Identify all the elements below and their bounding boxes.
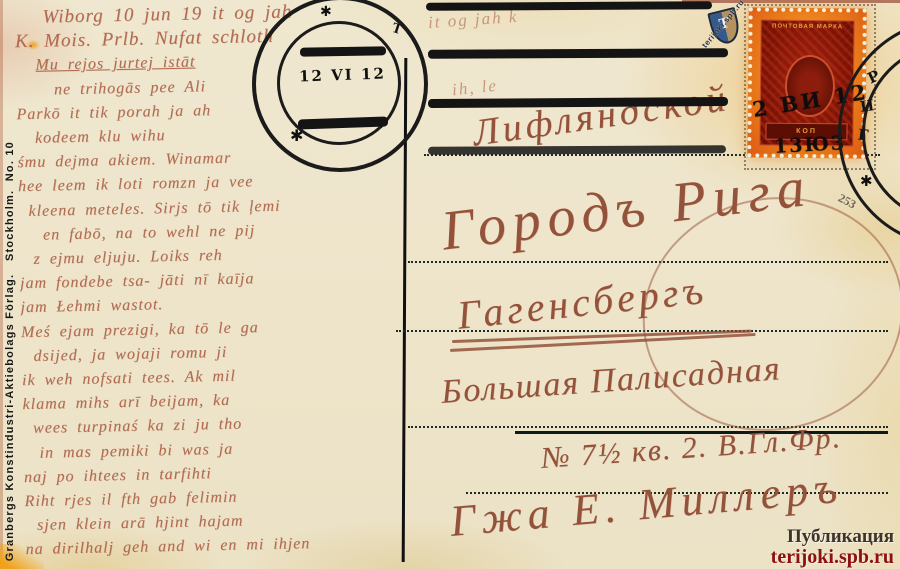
publisher-imprint: Granbergs Konstindustri-Aktiebolags Förl… (4, 141, 16, 561)
postmark-star: ✱ (290, 126, 303, 146)
paper-top-edge-stain (682, 0, 900, 3)
site-logo-text: terijoki.spb.ru (698, 0, 747, 52)
arrival-postmark-star: ✱ (860, 172, 873, 191)
arrival-postmark-letter: Г (857, 125, 869, 144)
watermark-label: Публикация (771, 527, 894, 546)
stamp-cancel-text: 13Ю3 (773, 132, 846, 158)
message-overflow: ih, le (451, 76, 499, 101)
stamp-arc-text: ПОЧТОВАЯ МАРКА (762, 24, 854, 31)
watermark-url: terijoki.spb.ru (771, 547, 894, 567)
arrival-postmark-letter: И (859, 96, 876, 116)
roller-bar (426, 1, 712, 10)
roller-bar (428, 48, 728, 59)
paper-left-edge (0, 0, 3, 569)
message-overflow: it og jah k (427, 7, 519, 33)
postmark-bar (300, 46, 386, 56)
roller-bar (428, 145, 726, 155)
postmark-star: ✱ (320, 4, 332, 21)
postmark-date: 12 VI 12 (299, 64, 386, 85)
postcard-scan: Granbergs Konstindustri-Aktiebolags Förl… (0, 0, 900, 569)
site-watermark: Публикация terijoki.spb.ru (771, 527, 894, 567)
address-province: Лифляндской (470, 76, 732, 156)
